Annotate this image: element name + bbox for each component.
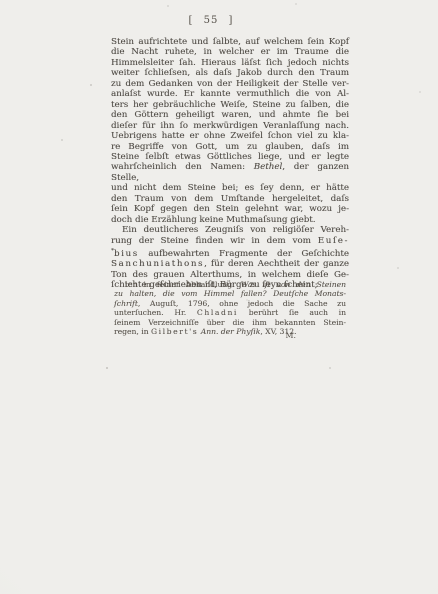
text-segment: weiter ſchlieſsen, als daſs Jakob durch …: [111, 68, 349, 78]
text-segment: berührt ſie auch in: [238, 308, 346, 317]
signature-mark: M.: [114, 331, 346, 340]
text-line: und nicht dem Steine bei; es ſey denn, e…: [111, 183, 349, 193]
text-line: rung der Steine finden wir in dem vom Eu…: [111, 236, 349, 246]
text-segment: Stein aufrichtete und ſalbte, auf welche…: [111, 37, 349, 47]
text-segment: re Begriffe von Gott, um zu glauben, daſ…: [111, 142, 349, 152]
text-line: ten in ſeiner Abhandlung: Was iſt von de…: [114, 280, 346, 289]
footnote: ten in ſeiner Abhandlung: Was iſt von de…: [114, 280, 346, 337]
text-segment: Chladni: [197, 308, 238, 317]
text-line: Steine ſelbſt etwas Göttliches liege, un…: [111, 152, 349, 162]
text-segment: ſein Kopf gegen den Stein gelehnt war, w…: [111, 204, 349, 214]
text-segment: ters her gebräuchliche Weiſe, Steine zu …: [111, 100, 349, 110]
text-line: Stein aufrichtete und ſalbte, auf welche…: [111, 37, 349, 47]
text-segment: wahrſcheinlich den Namen:: [111, 162, 254, 172]
text-line: Uebrigens hatte er ohne Zweifel ſchon vi…: [111, 131, 349, 141]
text-segment: ſeinem Verzeichniſſe über die ihm bekann…: [114, 318, 346, 327]
text-segment: Himmelsleiter ſah. Hieraus läſst ſich je…: [111, 58, 349, 68]
text-segment: Steine ſelbſt etwas Göttliches liege, un…: [111, 152, 349, 162]
text-segment: Uebrigens hatte er ohne Zweifel ſchon vi…: [111, 131, 349, 141]
text-segment: anlaſst wurde. Er kannte vermuthlich die…: [111, 89, 349, 99]
main-text: Stein aufrichtete und ſalbte, auf welche…: [111, 37, 349, 291]
text-line: Himmelsleiter ſah. Hieraus läſst ſich je…: [111, 58, 349, 68]
text-line: dieſer für ihn ſo merkwürdigen Veranlaſſ…: [111, 121, 349, 131]
text-segment: Ton des grauen Alterthums, in welchem di…: [111, 270, 349, 280]
text-segment: bius: [114, 249, 139, 259]
text-line: weiter ſchlieſsen, als daſs Jakob durch …: [111, 68, 349, 78]
text-line: ſeinem Verzeichniſſe über die ihm bekann…: [114, 318, 346, 327]
text-line: zu dem Gedanken von der Heiligkeit der S…: [111, 79, 349, 89]
text-segment: Bethel: [254, 162, 283, 172]
text-segment: Was iſt von den Steinen: [241, 280, 346, 289]
text-line: ſchrift, Auguſt, 1796, ohne jedoch die S…: [114, 299, 346, 308]
text-segment: Sanchuniathons: [111, 259, 204, 269]
text-line: Ton des grauen Alterthums, in welchem di…: [111, 270, 349, 280]
text-line: ſein Kopf gegen den Stein gelehnt war, w…: [111, 204, 349, 214]
text-segment: Ein deutlicheres Zeugniſs von religiöſer…: [122, 225, 349, 235]
text-line: Sanchuniathons, für deren Aechtheit der …: [111, 259, 349, 269]
text-line: anlaſst wurde. Er kannte vermuthlich die…: [111, 89, 349, 99]
text-segment: rung der Steine finden wir in dem vom: [111, 236, 318, 246]
text-line: *bius aufbewahrten Fragmente der Geſchic…: [111, 246, 349, 259]
text-segment: , für deren Aechtheit der ganze: [204, 259, 349, 269]
text-line: den Göttern geheiligt waren, und ahmte ſ…: [111, 110, 349, 120]
text-line: doch die Erzählung keine Muthmaſsung gie…: [111, 215, 349, 225]
text-segment: und nicht dem Steine bei; es ſey denn, e…: [111, 183, 349, 193]
text-segment: zu dem Gedanken von der Heiligkeit der S…: [111, 79, 349, 89]
text-line: Ein deutlicheres Zeugniſs von religiöſer…: [111, 225, 349, 235]
text-segment: den Göttern geheiligt waren, und ahmte ſ…: [111, 110, 349, 120]
text-line: zu halten, die vom Himmel fallen? Deutſc…: [114, 289, 346, 298]
text-segment: zu halten, die vom Himmel fallen? Deutſc…: [114, 289, 346, 298]
text-line: re Begriffe von Gott, um zu glauben, daſ…: [111, 142, 349, 152]
page-number-header: [ 55 ]: [92, 15, 330, 26]
text-segment: , Auguſt, 1796, ohne jedoch die Sache zu: [138, 299, 346, 308]
text-line: den Traum von dem Umſtande hergeleitet, …: [111, 194, 349, 204]
text-segment: die Nacht ruhete, in welcher er im Traum…: [111, 47, 349, 57]
text-line: die Nacht ruhete, in welcher er im Traum…: [111, 47, 349, 57]
text-segment: Euſe-: [318, 236, 349, 246]
text-segment: ten in ſeiner Abhandlung:: [125, 280, 241, 289]
text-segment: dieſer für ihn ſo merkwürdigen Veranlaſſ…: [111, 121, 349, 131]
text-line: wahrſcheinlich den Namen: Bethel, der ga…: [111, 162, 349, 183]
text-segment: aufbewahrten Fragmente der Geſchichte: [139, 249, 349, 259]
text-line: unterſuchen. Hr. Chladni berührt ſie auc…: [114, 308, 346, 317]
book-page-scan: [ 55 ] Stein aufrichtete und ſalbte, auf…: [0, 0, 438, 594]
text-segment: ſchrift: [114, 299, 138, 308]
text-segment: unterſuchen. Hr.: [114, 308, 197, 317]
text-segment: den Traum von dem Umſtande hergeleitet, …: [111, 194, 349, 204]
text-segment: doch die Erzählung keine Muthmaſsung gie…: [111, 215, 316, 225]
text-line: ters her gebräuchliche Weiſe, Steine zu …: [111, 100, 349, 110]
